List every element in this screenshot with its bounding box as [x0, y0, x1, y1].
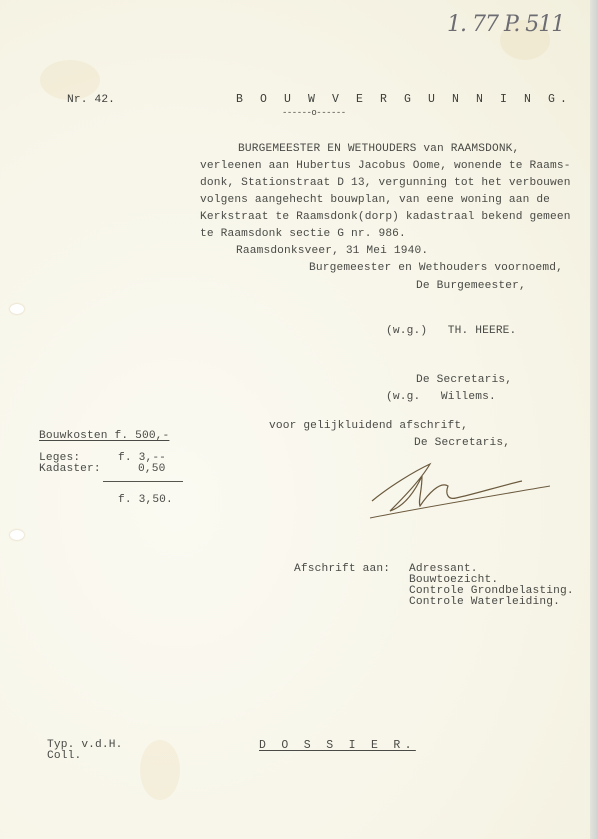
punch-hole — [10, 304, 24, 314]
certification-line: voor gelijkluidend afschrift, — [269, 420, 468, 433]
copy-recipient: Controle Waterleiding. — [409, 596, 560, 609]
kadaster-value: 0,50 — [138, 463, 165, 476]
mayor-title: De Burgemeester, — [416, 280, 526, 293]
sum-rule — [103, 481, 183, 482]
document-number: Nr. 42. — [67, 94, 115, 107]
kadaster-label: Kadaster: — [39, 463, 101, 476]
place-date: Raamsdonksveer, 31 Mei 1940. — [236, 245, 428, 258]
mayor-signed: (w.g.) TH. HEERE. — [386, 325, 516, 338]
signature — [360, 456, 560, 526]
body-line-5: Kerkstraat te Raamsdonk(dorp) kadastraal… — [200, 211, 571, 224]
secretary-title: De Secretaris, — [416, 374, 512, 387]
document-title: B O U W V E R G U N N I N G. — [236, 93, 572, 106]
body-line-1: BURGEMEESTER EN WETHOUDERS van RAAMSDONK… — [238, 143, 519, 156]
body-line-3: donk, Stationstraat D 13, vergunning tot… — [200, 177, 571, 190]
body-line-6: te Raamsdonk sectie G nr. 986. — [200, 228, 406, 241]
certification-secretary-title: De Secretaris, — [414, 437, 510, 450]
collated-mark: Coll. — [47, 750, 81, 763]
paper-stain — [140, 740, 180, 800]
copies-label: Afschrift aan: — [294, 563, 390, 576]
dossier-label: D O S S I E R. — [259, 739, 416, 752]
document-page: 1. 77 P. 511 Nr. 42. B O U W V E R G U N… — [0, 0, 590, 839]
body-line-4: volgens aangehecht bouwplan, van eene wo… — [200, 194, 550, 207]
secretary-signed: (w.g. Willems. — [386, 391, 496, 404]
title-divider: ------o------ — [282, 107, 346, 120]
handwritten-reference: 1. 77 P. 511 — [447, 12, 564, 37]
body-line-2: verleenen aan Hubertus Jacobus Oome, won… — [200, 160, 571, 173]
page-edge — [590, 0, 598, 839]
bouwkosten: Bouwkosten f. 500,- — [39, 430, 169, 443]
costs-total: f. 3,50. — [118, 494, 173, 507]
closing-authority: Burgemeester en Wethouders voornoemd, — [309, 262, 563, 275]
punch-hole — [10, 530, 24, 540]
